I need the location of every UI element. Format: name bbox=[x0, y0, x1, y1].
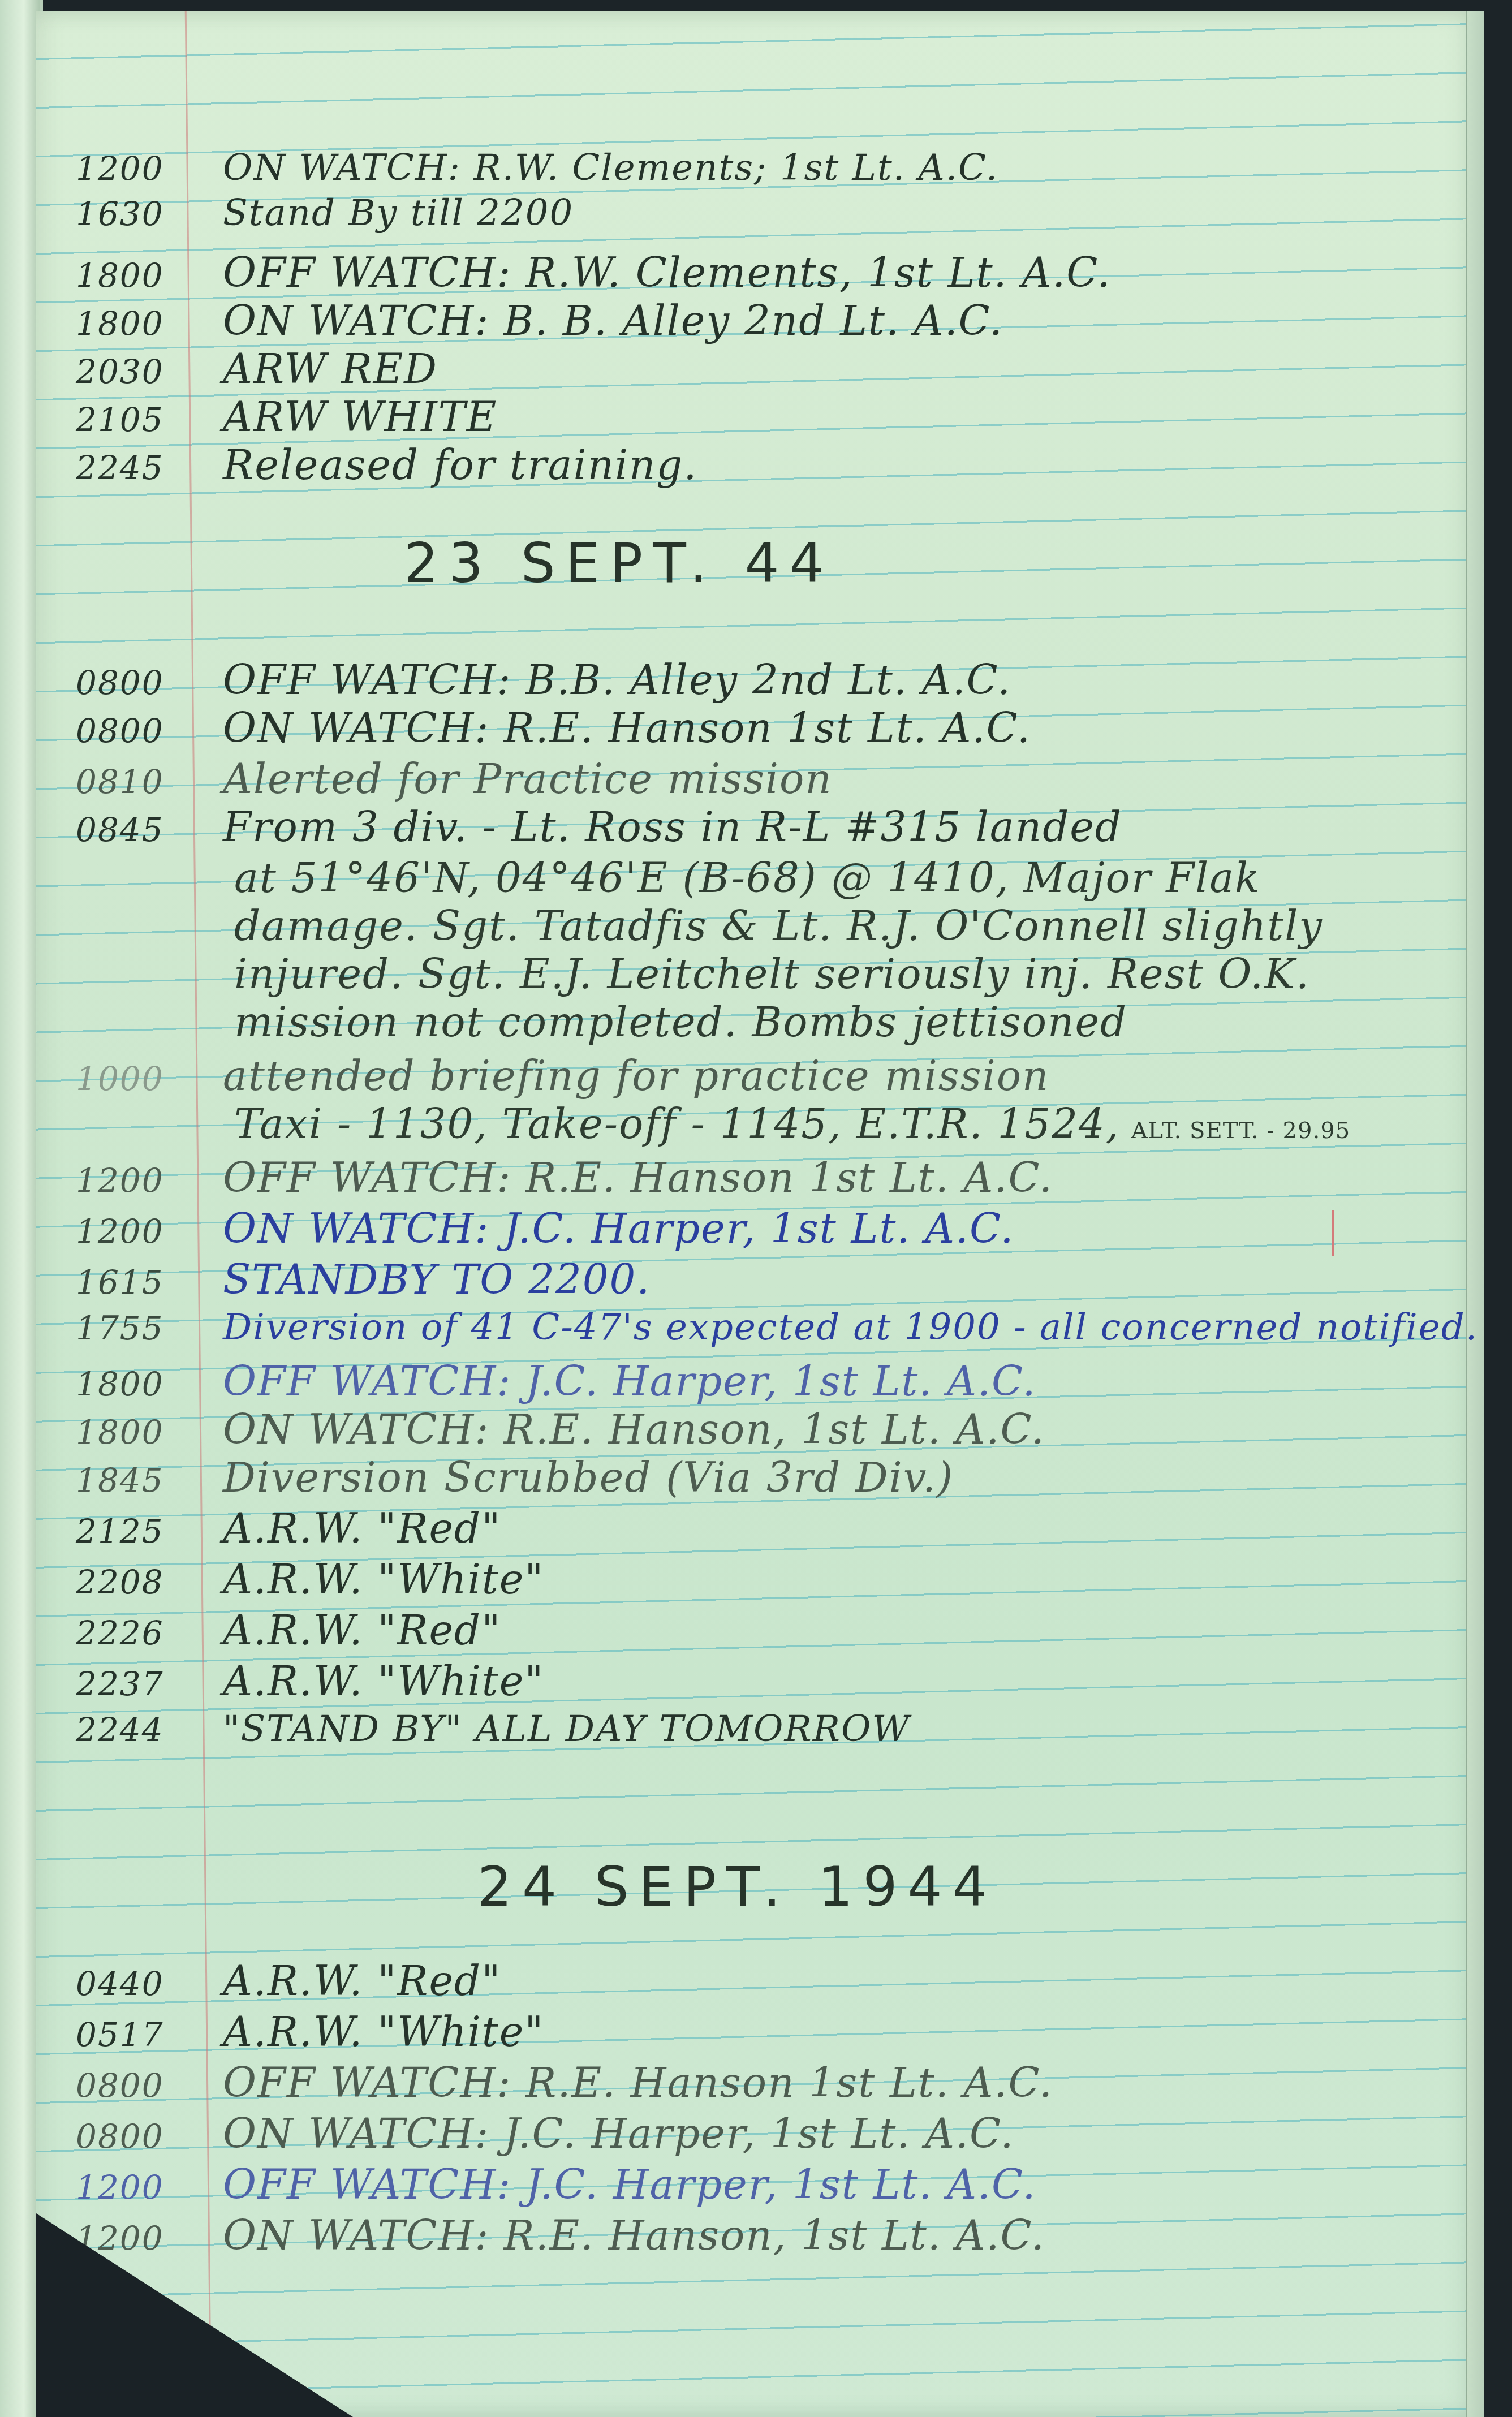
log-entry: 0800 ON WATCH: R.E. Hanson 1st Lt. A.C. bbox=[76, 704, 1031, 752]
entry-text: ON WATCH: J.C. Harper, 1st Lt. A.C. bbox=[223, 2110, 1014, 2157]
log-entry: 1800 OFF WATCH: J.C. Harper, 1st Lt. A.C… bbox=[76, 1358, 1036, 1405]
entry-time: 0800 bbox=[76, 664, 200, 702]
entry-time: 1000 bbox=[76, 1059, 200, 1098]
page-fold-shadow bbox=[0, 0, 40, 2417]
entry-continuation: at 51°46'N, 04°46'E (B-68) @ 1410, Major… bbox=[234, 854, 1261, 902]
log-page: 1200 ON WATCH: R.W. Clements; 1st Lt. A.… bbox=[36, 11, 1484, 2417]
entry-time: 0800 bbox=[76, 2066, 200, 2105]
entry-time: 2237 bbox=[76, 1665, 200, 1703]
entry-text: ARW RED bbox=[223, 345, 438, 393]
log-entry: 1000 attended briefing for practice miss… bbox=[76, 1052, 1049, 1100]
entry-time: 0440 bbox=[76, 1964, 200, 2003]
log-entry: 1755 Diversion of 41 C-47's expected at … bbox=[76, 1307, 1478, 1348]
log-entry: 2208 A.R.W. "White" bbox=[76, 1556, 544, 1603]
entry-time: 1200 bbox=[76, 1212, 200, 1251]
entry-text: STANDBY TO 2200. bbox=[223, 1256, 651, 1303]
log-entry: 1630 Stand By till 2200 bbox=[76, 192, 574, 234]
log-entry: 1200 ON WATCH: R.W. Clements; 1st Lt. A.… bbox=[76, 147, 998, 189]
date-heading: 23 SEPT. 44 bbox=[404, 532, 834, 595]
log-entry: 0440 A.R.W. "Red" bbox=[76, 1957, 501, 2005]
log-entry: 2030 ARW RED bbox=[76, 345, 438, 393]
book-cover-corner bbox=[36, 2213, 353, 2417]
entry-time: 1200 bbox=[76, 149, 200, 188]
log-entry: 1200 OFF WATCH: J.C. Harper, 1st Lt. A.C… bbox=[76, 2161, 1036, 2208]
entry-continuation: Taxi - 1130, Take-off - 1145, E.T.R. 152… bbox=[234, 1100, 1350, 1148]
entry-time: 1615 bbox=[76, 1263, 200, 1302]
entry-time: 1800 bbox=[76, 256, 200, 295]
log-entry: 2226 A.R.W. "Red" bbox=[76, 1606, 501, 1654]
entry-text: OFF WATCH: R.E. Hanson 1st Lt. A.C. bbox=[223, 1154, 1053, 1201]
entry-time: 1200 bbox=[76, 1161, 200, 1200]
log-entry: 0800 OFF WATCH: B.B. Alley 2nd Lt. A.C. bbox=[76, 656, 1011, 704]
taxi-takeoff-etr: Taxi - 1130, Take-off - 1145, E.T.R. 152… bbox=[234, 1100, 1120, 1148]
entry-text: From 3 div. - Lt. Ross in R-L #315 lande… bbox=[223, 803, 1122, 851]
log-entry: 2245 Released for training. bbox=[76, 441, 697, 489]
altimeter-setting-note: ALT. SETT. - 29.95 bbox=[1131, 1118, 1350, 1144]
log-entry: 1200 ON WATCH: J.C. Harper, 1st Lt. A.C. bbox=[76, 1205, 1014, 1252]
log-entry: 2237 A.R.W. "White" bbox=[76, 1657, 544, 1705]
log-entry: 1800 ON WATCH: R.E. Hanson, 1st Lt. A.C. bbox=[76, 1406, 1045, 1453]
entry-time: 2244 bbox=[76, 1711, 200, 1749]
entry-time: 1800 bbox=[76, 1413, 200, 1451]
entry-text: OFF WATCH: R.E. Hanson 1st Lt. A.C. bbox=[223, 2059, 1053, 2106]
log-entries: 1200 ON WATCH: R.W. Clements; 1st Lt. A.… bbox=[36, 11, 1484, 2417]
entry-time: 2125 bbox=[76, 1512, 200, 1550]
entry-text: OFF WATCH: J.C. Harper, 1st Lt. A.C. bbox=[223, 2161, 1036, 2208]
entry-text: Diversion Scrubbed (Via 3rd Div.) bbox=[223, 1454, 954, 1501]
log-entry: 2244 "STAND BY" ALL DAY TOMORROW bbox=[76, 1708, 910, 1750]
entry-text: Released for training. bbox=[223, 441, 697, 489]
log-entry: 1800 ON WATCH: B. B. Alley 2nd Lt. A.C. bbox=[76, 297, 1003, 344]
entry-text: "STAND BY" ALL DAY TOMORROW bbox=[223, 1708, 910, 1750]
entry-time: 0800 bbox=[76, 712, 200, 750]
entry-time: 0810 bbox=[76, 762, 200, 801]
entry-text: OFF WATCH: R.W. Clements, 1st Lt. A.C. bbox=[223, 249, 1112, 296]
entry-text: OFF WATCH: B.B. Alley 2nd Lt. A.C. bbox=[223, 656, 1011, 704]
entry-time: 1800 bbox=[76, 1365, 200, 1403]
entry-text: ON WATCH: R.E. Hanson, 1st Lt. A.C. bbox=[223, 1406, 1045, 1453]
entry-text: A.R.W. "White" bbox=[223, 2008, 544, 2056]
log-entry: 1200 OFF WATCH: R.E. Hanson 1st Lt. A.C. bbox=[76, 1154, 1053, 1201]
log-entry: 0810 Alerted for Practice mission bbox=[76, 755, 833, 803]
log-entry: 1845 Diversion Scrubbed (Via 3rd Div.) bbox=[76, 1454, 954, 1501]
log-entry: 0800 ON WATCH: J.C. Harper, 1st Lt. A.C. bbox=[76, 2110, 1014, 2157]
entry-text: A.R.W. "White" bbox=[223, 1556, 544, 1603]
entry-text: A.R.W. "Red" bbox=[223, 1606, 501, 1654]
entry-time: 1755 bbox=[76, 1309, 200, 1347]
log-entry: 2125 A.R.W. "Red" bbox=[76, 1505, 501, 1552]
entry-text: A.R.W. "White" bbox=[223, 1657, 544, 1705]
entry-time: 2105 bbox=[76, 400, 200, 439]
entry-continuation: injured. Sgt. E.J. Leitchelt seriously i… bbox=[234, 950, 1310, 998]
log-entry: 0800 OFF WATCH: R.E. Hanson 1st Lt. A.C. bbox=[76, 2059, 1053, 2106]
entry-time: 2245 bbox=[76, 449, 200, 487]
entry-time: 1630 bbox=[76, 195, 200, 233]
entry-text: ON WATCH: R.E. Hanson 1st Lt. A.C. bbox=[223, 704, 1031, 752]
entry-time: 1200 bbox=[76, 2168, 200, 2207]
entry-text: OFF WATCH: J.C. Harper, 1st Lt. A.C. bbox=[223, 1358, 1036, 1405]
entry-text: ARW WHITE bbox=[223, 393, 497, 441]
entry-time: 0845 bbox=[76, 811, 200, 849]
entry-text: ON WATCH: R.W. Clements; 1st Lt. A.C. bbox=[223, 147, 998, 189]
entry-text: ON WATCH: J.C. Harper, 1st Lt. A.C. bbox=[223, 1205, 1014, 1252]
entry-time: 2208 bbox=[76, 1563, 200, 1601]
date-heading: 24 SEPT. 1944 bbox=[477, 1855, 997, 1919]
entry-text: ON WATCH: B. B. Alley 2nd Lt. A.C. bbox=[223, 297, 1003, 344]
entry-time: 2030 bbox=[76, 352, 200, 391]
entry-text: Stand By till 2200 bbox=[223, 192, 574, 234]
entry-text: A.R.W. "Red" bbox=[223, 1957, 501, 2005]
entry-time: 2226 bbox=[76, 1614, 200, 1652]
entry-continuation: mission not completed. Bombs jettisoned bbox=[234, 998, 1127, 1046]
entry-text: attended briefing for practice mission bbox=[223, 1052, 1049, 1100]
entry-continuation: damage. Sgt. Tatadfis & Lt. R.J. O'Conne… bbox=[234, 902, 1323, 950]
entry-time: 1845 bbox=[76, 1461, 200, 1500]
entry-time: 0517 bbox=[76, 2015, 200, 2054]
entry-text: Diversion of 41 C-47's expected at 1900 … bbox=[223, 1307, 1478, 1348]
log-entry: 1615 STANDBY TO 2200. bbox=[76, 1256, 651, 1303]
log-entry: 1800 OFF WATCH: R.W. Clements, 1st Lt. A… bbox=[76, 249, 1112, 296]
entry-text: Alerted for Practice mission bbox=[223, 755, 833, 803]
entry-time: 1800 bbox=[76, 304, 200, 343]
entry-time: 0800 bbox=[76, 2117, 200, 2156]
log-entry: 0845 From 3 div. - Lt. Ross in R-L #315 … bbox=[76, 803, 1122, 851]
log-entry: 2105 ARW WHITE bbox=[76, 393, 497, 441]
entry-text: A.R.W. "Red" bbox=[223, 1505, 501, 1552]
log-entry: 0517 A.R.W. "White" bbox=[76, 2008, 544, 2056]
